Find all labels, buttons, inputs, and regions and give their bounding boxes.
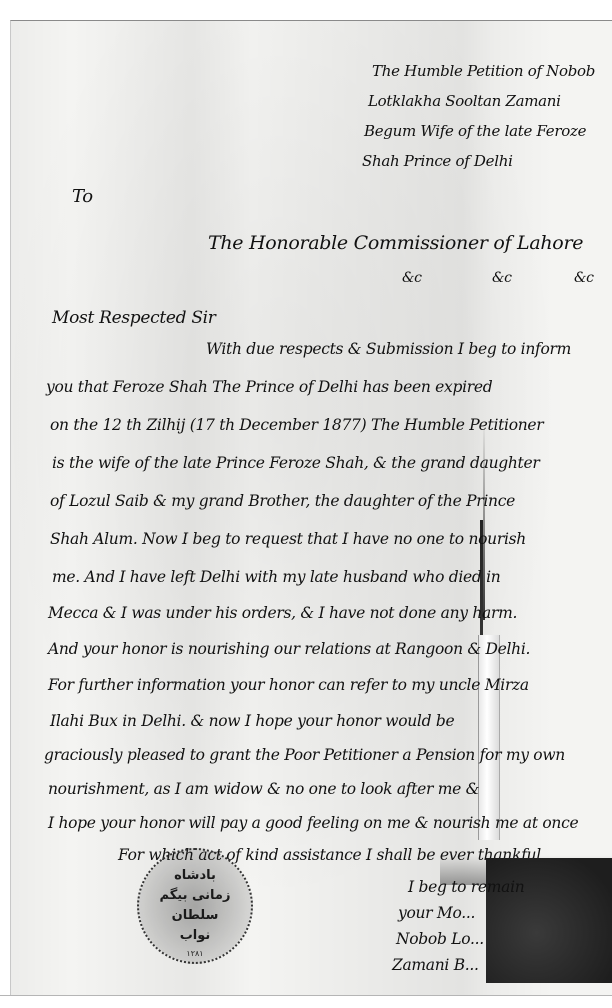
addressee-etc-2: &c	[492, 270, 512, 286]
seal-year: ١٢٨١	[186, 949, 203, 958]
heading-line-1: The Humble Petition of Nobob	[372, 62, 595, 80]
body-line: I hope your honor will pay a good feelin…	[48, 814, 578, 832]
addressee-etc-1: &c	[402, 270, 422, 286]
seal-line: سلطان	[172, 906, 219, 926]
seal-line: بادشاه	[174, 866, 216, 886]
closing-line: your Mo...	[398, 904, 475, 922]
heading-line-2: Lotklakha Sooltan Zamani	[368, 92, 561, 110]
heading-line-3: Begum Wife of the late Feroze	[364, 122, 586, 140]
body-line: With due respects & Submission I beg to …	[206, 340, 571, 358]
body-line: is the wife of the late Prince Feroze Sh…	[52, 454, 539, 472]
body-line: For further information your honor can r…	[48, 676, 529, 694]
to-label: To	[72, 186, 93, 207]
torn-tape-strip	[478, 635, 500, 840]
sheet-bottom-edge	[0, 995, 612, 996]
addressee: The Honorable Commissioner of Lahore	[208, 232, 583, 254]
body-line: graciously pleased to grant the Poor Pet…	[44, 746, 565, 764]
body-line: me. And I have left Delhi with my late h…	[52, 568, 500, 586]
body-line: Shah Alum. Now I beg to request that I h…	[50, 530, 526, 548]
body-line: And your honor is nourishing our relatio…	[48, 640, 530, 658]
body-line: nourishment, as I am widow & no one to l…	[48, 780, 479, 798]
seal-line: زمانی بیگم	[160, 886, 231, 906]
body-line: Mecca & I was under his orders, & I have…	[48, 604, 517, 622]
addressee-etc-3: &c	[574, 270, 594, 286]
scan-dark-patch	[486, 858, 612, 983]
scanned-document: The Humble Petition of Nobob Lotklakha S…	[0, 0, 612, 1008]
heading-line-4: Shah Prince of Delhi	[362, 152, 513, 170]
salutation: Most Respected Sir	[52, 308, 216, 328]
seal-line: نواب	[180, 926, 211, 946]
closing-line: I beg to remain	[408, 878, 524, 896]
fold-crease-shadow	[483, 420, 485, 620]
body-line: Ilahi Bux in Delhi. & now I hope your ho…	[50, 712, 454, 730]
closing-line: Zamani B...	[392, 956, 479, 974]
body-line: of Lozul Saib & my grand Brother, the da…	[50, 492, 515, 510]
body-line: you that Feroze Shah The Prince of Delhi…	[46, 378, 492, 396]
persian-seal-stamp: بادشاه زمانی بیگم سلطان نواب ١٢٨١	[137, 848, 253, 964]
closing-line: Nobob Lo...	[396, 930, 484, 948]
body-line: on the 12 th Zilhij (17 th December 1877…	[50, 416, 543, 434]
